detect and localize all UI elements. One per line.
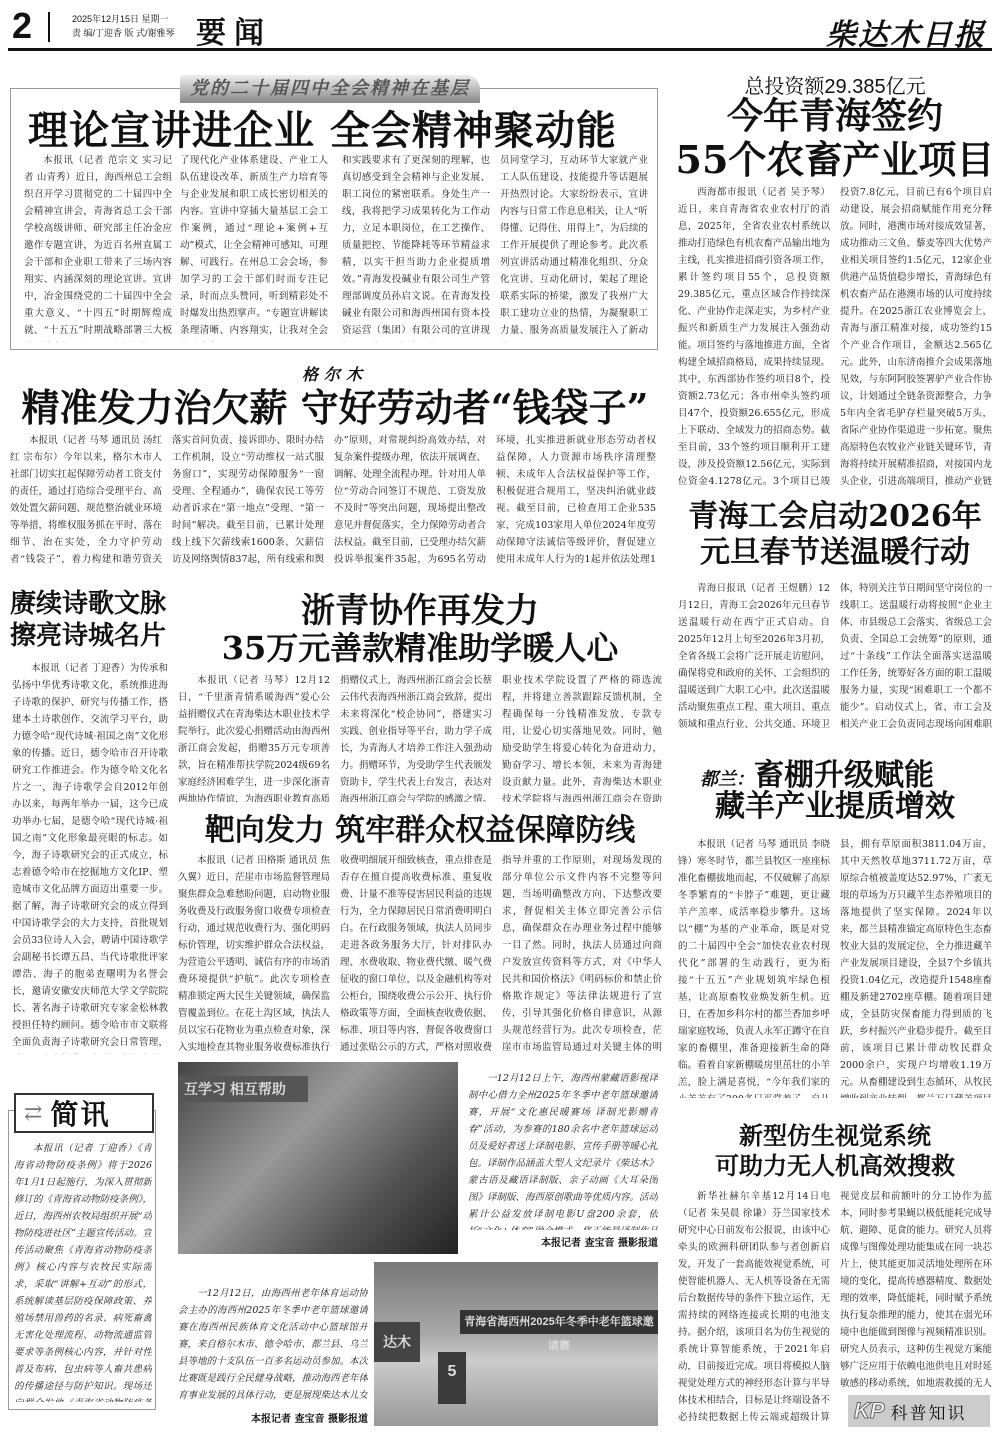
article-column: 青海日报讯（记者 王煜鹏）12月12日，青海工会2026年元旦春节送温暖行动在西… <box>678 580 830 732</box>
article-column: 落实首问负责、接诉即办、限时办结工作机制，设立“劳动维权一站式服务窗口”，实现劳… <box>172 432 324 570</box>
article-column: 指导并重的工作原则，对现场发现的部分单位公示文件内容不完整等问题，当场明确整改方… <box>502 852 662 1052</box>
article-column: 捐赠仪式上，海西州浙江商会会长蔡云伟代表海西州浙江商会致辞，提出未来将深化“校企… <box>340 672 492 802</box>
article-column: 西海都市报讯（记者 吴予琴）近日，来自青海省农业农村厅的消息，2025年，全省农… <box>678 184 830 488</box>
page-number: 2 <box>12 6 32 46</box>
article-headline-line1: 新型仿生视觉系统 <box>670 1122 1000 1150</box>
article-column: 县，拥有草原面积3811.04万亩，其中天然牧草地3711.72万亩，草原综合植… <box>840 836 992 1098</box>
article-column: 体，特别关注节日期间坚守岗位的一线职工。送温暖行动将按照“企业主体、市县级总工会… <box>840 580 992 732</box>
masthead-rule <box>8 48 992 51</box>
article-headline: 靶向发力 筑牢群众权益保障防线 <box>170 814 670 849</box>
article-column: 职业技术学院设置了严格的筛选流程，并将建立善款跟踪反馈机制，全程确保每一分钱精准… <box>502 672 662 802</box>
photo-banner-sign: 互学习 相互帮助 <box>178 1076 308 1102</box>
article-kicker: 格尔木 <box>0 362 670 385</box>
article-column: 员同堂学习，互动环节大家就产业工人队伍建设、技能提升等话题展开热烈讨论。大家纷纷… <box>500 152 648 342</box>
photo-gift-distribution: 互学习 相互帮助 <box>178 1062 458 1254</box>
article-column: 本报讯（记者 马琴）12月12日，“千里浙青情系暖海西”爱心公益捐赠仪式在青海柴… <box>178 672 330 802</box>
column-banner: 党的二十届四中全会精神在基层 <box>180 75 480 103</box>
article-column: 本报讯（记者 范宗文 实习记者 山青秀）近日，海西州总工会组织召开学习贯彻党的二… <box>24 152 172 342</box>
article-headline-line2: 可助力无人机高效搜救 <box>670 1152 1000 1180</box>
photo-credit: 本报记者 查宝音 摄影报道 <box>468 1234 658 1249</box>
article-headline-line1: 赓续诗歌文脉 <box>8 590 168 620</box>
article-headline-line1: 浙青协作再发力 <box>170 592 670 631</box>
photo-basketball-game: 青海省海西州2025年冬季中老年篮球邀请赛 达木 5 <box>374 1262 658 1426</box>
article-column: 收费明细展开细致核查，重点排查是否存在擅自提高收费标准、重复收费、计量不准等侵害… <box>340 852 492 1052</box>
editors-line: 责 编/丁迎香 版 式/谢雅琴 <box>72 26 175 40</box>
brief-title: 简讯 <box>50 1093 110 1133</box>
kp-label: 科普知识 <box>891 1399 967 1424</box>
date-line: 2025年12月15日 星期一 <box>72 12 175 26</box>
section-title: 要闻 <box>196 8 272 52</box>
article-headline-line2: 35万元善款精准助学暖人心 <box>170 630 670 667</box>
photo-credit: 本报记者 查宝音 摄影报道 <box>178 1410 368 1425</box>
masthead: 2 2025年12月15日 星期一 责 编/丁迎香 版 式/谢雅琴 要闻 柴达木… <box>0 0 1000 50</box>
article-column: 本报讯（记者 马琴 通讯员 汤红红 宗布尔）今年以来，格尔木市人社部门切实扛起保… <box>10 432 162 570</box>
tournament-banner: 青海省海西州2025年冬季中老年篮球邀请赛 <box>460 1310 658 1334</box>
refresh-arrows-icon: ⇄ <box>24 1101 42 1126</box>
article-headline: 精准发力治欠薪 守好劳动者“钱袋子” <box>0 386 670 430</box>
article-headline-line2: 元旦春节送温暖行动 <box>670 536 1000 571</box>
player-jersey: 5 <box>438 1352 466 1404</box>
side-sign: 达木 <box>374 1322 420 1362</box>
masthead-divider <box>48 12 50 42</box>
article-headline-line1: 今年青海签约 <box>670 96 1000 137</box>
article-column: 本报讯（记者 马琴 通讯员 李晓锋）寒冬时节，都兰县牧区一座座标准化畜棚拔地而起… <box>678 836 830 1098</box>
article-column: 视觉皮层和前额叶的分工协作为蓝本，同时参考果蝇以极低能耗完成导航、避障、觅食的能… <box>840 1188 992 1388</box>
article-headline: 理论宣讲进企业 全会精神聚动能 <box>28 108 617 154</box>
article-column: 办”原则，对常规纠纷高效办结，对复杂案件提级办理，依法开展调查、调解、处理全流程… <box>334 432 486 570</box>
science-knowledge-badge: KP 科普知识 <box>848 1395 990 1427</box>
article-headline-line2: 55个农畜产业项目 <box>670 138 1000 182</box>
article-body: 本报讯（记者 丁迎香）为传承和弘扬中华优秀诗歌文化，系统推进海子诗歌的保护、研究… <box>12 660 168 1054</box>
article-column: 本报讯（记者 田格斯 通讯员 焦久翼）近日，茫崖市市场监督管理局聚焦群众急难愁盼… <box>178 852 330 1052</box>
masthead-meta: 2025年12月15日 星期一 责 编/丁迎香 版 式/谢雅琴 <box>72 12 175 40</box>
article-headline-line1: 青海工会启动2026年 <box>670 500 1000 535</box>
photo-caption: 一12月12日，由海西州老年体育运动协会主办的海西州2025年冬季中老年篮球邀请… <box>178 1285 368 1405</box>
photo-caption: 一12月12日上午，海西州蒙藏语影视译制中心借力全州2025年冬季中老年篮球邀请… <box>468 1070 658 1230</box>
brief-header: ⇄ 简讯 <box>14 1093 154 1133</box>
article-headline-line2: 藏羊产业提质增效 <box>670 790 1000 825</box>
brief-body: 本报讯（记者 丁迎香）《青海省动物防疫条例》将于2026年1月1日起施行，为深入… <box>14 1140 152 1402</box>
article-column: 投资7.8亿元，目前已有6个项目启动建设，展会招商赋能作用充分释放。同时，港澳市… <box>840 184 992 488</box>
article-column: 新华社赫尔辛基12月14日电（记者 朱昊晨 徐谦）芬兰国家技术研究中心日前发布公… <box>678 1188 830 1428</box>
article-headline-line1: 畜棚升级赋能 <box>754 750 934 794</box>
article-headline-row: 都兰： 畜棚升级赋能 <box>700 750 934 794</box>
article-column: 了现代化产业体系建设、产业工人队伍建设改革、新质生产力培育等与企业发展和职工成长… <box>180 152 328 342</box>
article-column: 环境，扎实推进新就业形态劳动者权益保障，人力资源市场秩序清理整顿、未成年人合法权… <box>496 432 656 570</box>
kp-logo-icon: KP <box>854 1398 885 1424</box>
article-kicker: 都兰： <box>700 765 754 791</box>
article-headline-line2: 擦亮诗城名片 <box>8 622 168 652</box>
article-column: 和实践要求有了更深刻的理解，也真切感受到全会精神与企业发展、职工岗位的紧密联系。… <box>342 152 490 342</box>
